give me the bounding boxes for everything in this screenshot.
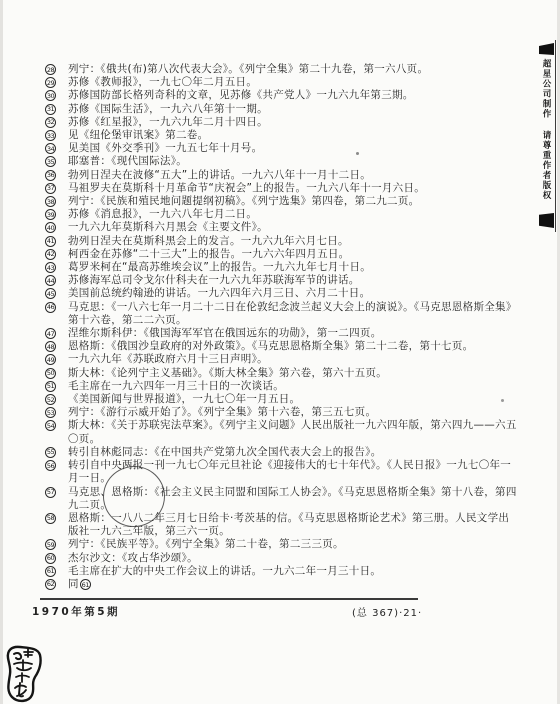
reference-item: 50 斯大林：《论列宁主义基础》。《斯大林全集》第六卷，第六十五页。	[45, 367, 518, 380]
footnote-number-badge: 57	[45, 487, 56, 498]
footnote-number-badge: 61	[45, 566, 56, 577]
footnote-text: 苏修《教师报》，一九七〇年二月五日。	[68, 76, 257, 88]
issue-label: 1970年第5期	[32, 604, 120, 619]
reference-item: 48 恩格斯：《俄国沙皇政府的对外政策》。《马克思恩格斯全集》第二十二卷，第十七…	[45, 340, 518, 353]
footnote-text: 《美国新闻与世界报道》，一九七〇年一月五日。	[68, 393, 300, 405]
footnote-text: 一九六九年《苏联政府六月十三日声明》。	[68, 353, 268, 365]
footnote-text: 涅维尔斯科伊：《俄国海军军官在俄国远东的功勋》，第一二四页。	[68, 327, 382, 339]
reference-item: 30 苏修国防部长格列奇科的文章，见苏修《共产党人》一九六九年第三期。	[45, 89, 518, 102]
footnote-number-badge: 60	[45, 553, 56, 564]
reference-item: 38 列宁：《民族和殖民地问题提纲初稿》。《列宁选集》第四卷，第二九二页。	[45, 195, 518, 208]
footnote-number-badge: 62	[45, 579, 56, 590]
footnote-number-badge: 39	[45, 209, 56, 220]
reference-item: 47 涅维尔斯科伊：《俄国海军军官在俄国远东的功勋》，第一二四页。	[45, 327, 518, 340]
footnote-number-badge: 31	[45, 104, 56, 115]
footnote-text: 斯大林：《关于苏联宪法草案》。《列宁主义问题》人民出版社一九六四年版，第六四九—…	[68, 419, 517, 444]
reference-item: 44 苏修海军总司令戈尔什科夫在一九六九年苏联海军节的讲话。	[45, 274, 518, 287]
footnote-number-badge: 49	[45, 354, 56, 365]
footnote-text: 勃列日涅夫在波修“五大”上的讲话。一九六八年十一月十二日。	[68, 169, 371, 181]
footnote-number-badge: 56	[45, 460, 56, 471]
footnote-number-badge: 54	[45, 420, 56, 431]
footnote-text: 葛罗米柯在“最高苏维埃会议”上的报告。一九六九年七月十日。	[68, 261, 371, 273]
footnote-text: 杰尔沙文：《攻占华沙颂》。	[68, 552, 198, 564]
footnote-number-badge: 41	[45, 236, 56, 247]
reference-item: 34 见美国《外交季刊》一九五七年十月号。	[45, 142, 518, 155]
reference-item: 53 列宁：《游行示威开始了》。《列宁全集》第十六卷，第三五七页。	[45, 406, 518, 419]
reference-item: 33 见《纽伦堡审讯案》第二卷。	[45, 129, 518, 142]
scan-noise-dot	[356, 152, 359, 155]
footnote-number-badge: 53	[45, 407, 56, 418]
reference-item: 40 一九六九年莫斯科六月黑会《主要文件》。	[45, 221, 518, 234]
footnote-text: 列宁：《游行示威开始了》。《列宁全集》第十六卷，第三五七页。	[68, 406, 376, 418]
footnote-number-badge: 51	[45, 381, 56, 392]
footnote-text: 转引自林彪同志：《在中国共产党第九次全国代表大会上的报告》。	[68, 446, 382, 458]
footnote-number-badge: 28	[45, 64, 56, 75]
footnote-number-badge: 36	[45, 170, 56, 181]
reference-item: 49 一九六九年《苏联政府六月十三日声明》。	[45, 353, 518, 366]
footnote-text: 勃列日涅夫在莫斯科黑会上的发言。一九六九年六月七日。	[68, 235, 349, 247]
footnote-number-badge: 48	[45, 341, 56, 352]
reference-item: 62 同61	[45, 578, 518, 591]
reference-item: 55 转引自林彪同志：《在中国共产党第九次全国代表大会上的报告》。	[45, 446, 518, 459]
page-number-label: (总 367)·21·	[352, 604, 422, 619]
reference-item: 54 斯大林：《关于苏联宪法草案》。《列宁主义问题》人民出版社一九六四年版，第六…	[45, 419, 518, 445]
reference-item: 46 马克思：《一八六七年一月二十二日在伦敦纪念波兰起义大会上的演说》。《马克思…	[45, 301, 518, 327]
reference-item: 31 苏修《国际生活》，一九六八年第十一期。	[45, 103, 518, 116]
footnote-number-badge: 34	[45, 143, 56, 154]
footnote-text: 恩格斯：一八八二年三月七日给卡·考茨基的信。《马克思恩格斯论艺术》第三册。人民文…	[68, 512, 509, 537]
footnote-number-badge: 42	[45, 249, 56, 260]
footnote-number-badge: 46	[45, 302, 56, 313]
reference-item: 42 柯西金在苏修“二十三大”上的报告。一九六六年四月五日。	[45, 248, 518, 261]
scan-edge-left	[0, 0, 3, 704]
reference-list: 28 列宁：《俄共(布)第八次代表大会》。《列宁全集》第二十九卷，第一六八页。 …	[45, 63, 518, 591]
footnote-text: 马祖罗夫在莫斯科十月革命节“庆祝会”上的报告。一九六八年十一月六日。	[68, 182, 425, 194]
reference-item: 41 勃列日涅夫在莫斯科黑会上的发言。一九六九年六月七日。	[45, 235, 518, 248]
footnote-number-badge: 58	[45, 513, 56, 524]
reference-item: 28 列宁：《俄共(布)第八次代表大会》。《列宁全集》第二十九卷，第一六八页。	[45, 63, 518, 76]
footnote-text: 马克思：《一八六七年一月二十二日在伦敦纪念波兰起义大会上的演说》。《马克思恩格斯…	[68, 301, 517, 326]
footnote-number-badge: 55	[45, 447, 56, 458]
footnote-crossref-badge: 61	[80, 579, 91, 590]
reference-item: 29 苏修《教师报》，一九七〇年二月五日。	[45, 76, 518, 89]
footnote-number-badge: 37	[45, 183, 56, 194]
scan-noise-dot	[501, 399, 504, 402]
footnote-text: 苏修《消息报》，一九六八年七月二日。	[68, 208, 257, 220]
publisher-watermark-banner: 超星公司制作 请尊重作者版权	[536, 40, 556, 232]
reference-item: 43 葛罗米柯在“最高苏维埃会议”上的报告。一九六九年七月十日。	[45, 261, 518, 274]
reference-item: 56 转引自中央两报一刊一九七〇年元旦社论《迎接伟大的七十年代》。《人民日报》一…	[45, 459, 518, 485]
footnote-number-badge: 47	[45, 328, 56, 339]
footnote-number-badge: 35	[45, 156, 56, 167]
reference-item: 61 毛主席在扩大的中央工作会议上的讲话。一九六二年一月三十日。	[45, 565, 518, 578]
footnote-text: 见美国《外交季刊》一九五七年十月号。	[68, 142, 262, 154]
banner-flag-icon	[539, 43, 554, 55]
footer-rule	[40, 598, 418, 600]
footnote-text: 斯大林：《论列宁主义基础》。《斯大林全集》第六卷，第六十五页。	[68, 367, 387, 379]
footnote-number-badge: 30	[45, 90, 56, 101]
reference-item: 32 苏修《红星报》，一九六九年二月十四日。	[45, 116, 518, 129]
footnote-number-badge: 33	[45, 130, 56, 141]
footnote-text: 一九六九年莫斯科六月黑会《主要文件》。	[68, 221, 268, 233]
reference-item: 60 杰尔沙文：《攻占华沙颂》。	[45, 552, 518, 565]
reference-item: 37 马祖罗夫在莫斯科十月革命节“庆祝会”上的报告。一九六八年十一月六日。	[45, 182, 518, 195]
footnote-text: 列宁：《民族和殖民地问题提纲初稿》。《列宁选集》第四卷，第二九二页。	[68, 195, 419, 207]
footnote-text: 苏修国防部长格列奇科的文章，见苏修《共产党人》一九六九年第三期。	[68, 89, 414, 101]
footnote-text: 毛主席在一九六四年一月三十日的一次谈话。	[68, 380, 284, 392]
footnote-text: 恩格斯：《俄国沙皇政府的对外政策》。《马克思恩格斯全集》第二十二卷，第十七页。	[68, 340, 473, 352]
reference-item: 57 马克思、恩格斯：《社会主义民主同盟和国际工人协会》。《马克思恩格斯全集》第…	[45, 486, 518, 512]
footnote-number-badge: 29	[45, 77, 56, 88]
footnote-number-badge: 45	[45, 288, 56, 299]
footnote-number-badge: 52	[45, 394, 56, 405]
reference-item: 45 美国前总统约翰逊的讲话。一九六四年六月三日、六月二十日。	[45, 287, 518, 300]
footnote-text: 柯西金在苏修“二十三大”上的报告。一九六六年四月五日。	[68, 248, 349, 260]
footnote-text: 见《纽伦堡审讯案》第二卷。	[68, 129, 208, 141]
banner-flag-icon	[539, 213, 554, 228]
footnote-number-badge: 43	[45, 262, 56, 273]
footnote-number-badge: 50	[45, 368, 56, 379]
footnote-text: 列宁：《民族平等》。《列宁全集》第二十卷，第二三三页。	[68, 538, 344, 550]
footnote-text: 转引自中央两报一刊一九七〇年元旦社论《迎接伟大的七十年代》。《人民日报》一九七〇…	[68, 459, 511, 484]
footnote-number-badge: 40	[45, 222, 56, 233]
reference-item: 51 毛主席在一九六四年一月三十日的一次谈话。	[45, 380, 518, 393]
footnote-text: 美国前总统约翰逊的讲话。一九六四年六月三日、六月二十日。	[68, 287, 370, 299]
footnote-text: 列宁：《俄共(布)第八次代表大会》。《列宁全集》第二十九卷，第一六八页。	[68, 63, 428, 75]
footnote-number-badge: 44	[45, 275, 56, 286]
reference-item: 52 《美国新闻与世界报道》，一九七〇年一月五日。	[45, 393, 518, 406]
footnote-text: 耶塞普：《现代国际法》。	[68, 155, 187, 167]
footnote-text: 毛主席在扩大的中央工作会议上的讲话。一九六二年一月三十日。	[68, 565, 381, 577]
footnote-text: 苏修海军总司令戈尔什科夫在一九六九年苏联海军节的讲话。	[68, 274, 360, 286]
footnote-number-badge: 59	[45, 539, 56, 550]
reference-item: 35 耶塞普：《现代国际法》。	[45, 155, 518, 168]
footnote-text: 马克思、恩格斯：《社会主义民主同盟和国际工人协会》。《马克思恩格斯全集》第十八卷…	[68, 486, 517, 511]
reference-item: 36 勃列日涅夫在波修“五大”上的讲话。一九六八年十一月十二日。	[45, 169, 518, 182]
footnote-number-badge: 38	[45, 196, 56, 207]
footnote-text: 苏修《国际生活》，一九六八年第十一期。	[68, 103, 268, 115]
footnote-text: 苏修《红星报》，一九六九年二月十四日。	[68, 116, 268, 128]
footnote-number-badge: 32	[45, 117, 56, 128]
reference-item: 58 恩格斯：一八八二年三月七日给卡·考茨基的信。《马克思恩格斯论艺术》第三册。…	[45, 512, 518, 538]
collector-seal-icon	[2, 644, 66, 704]
reference-item: 59 列宁：《民族平等》。《列宁全集》第二十卷，第二三三页。	[45, 538, 518, 551]
reference-item: 39 苏修《消息报》，一九六八年七月二日。	[45, 208, 518, 221]
publisher-watermark-text: 超星公司制作 请尊重作者版权	[540, 59, 552, 201]
footnote-text: 同	[68, 578, 79, 590]
